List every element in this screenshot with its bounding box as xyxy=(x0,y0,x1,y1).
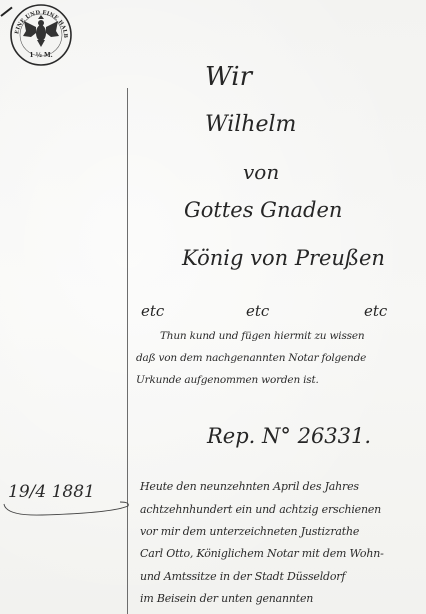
deed-line: achtzehnhundert ein und achtzig erschien… xyxy=(140,503,381,516)
repertory-number: Rep. N° 26331. xyxy=(207,424,371,448)
heading-wilhelm: Wilhelm xyxy=(205,112,296,137)
proclamation-line: daß von dem nachgenannten Notar folgende xyxy=(136,352,366,364)
deed-line: Carl Otto, Königlichem Notar mit dem Woh… xyxy=(140,547,384,560)
document-page: EINE UND EINE HALBE MARK 1 ½ M. Wir Wilh… xyxy=(0,0,426,614)
svg-text:1 ½ M.: 1 ½ M. xyxy=(29,52,52,59)
deed-line: vor mir dem unterzeichneten Justizrathe xyxy=(140,525,359,538)
heading-von: von xyxy=(243,160,279,184)
etc-1: etc xyxy=(141,302,164,320)
margin-date-note: 19/4 1881 xyxy=(8,482,95,502)
etc-2: etc xyxy=(246,302,269,320)
proclamation-line: Urkunde aufgenommen worden ist. xyxy=(136,374,319,386)
heading-wir: Wir xyxy=(205,62,252,92)
deed-line: und Amtssitze in der Stadt Düsseldorf xyxy=(140,570,345,583)
date-underline-swash xyxy=(2,500,130,518)
etc-3: etc xyxy=(364,302,387,320)
proclamation-line: Thun kund und fügen hiermit zu wissen xyxy=(160,330,364,342)
margin-rule xyxy=(127,88,128,614)
heading-gottes-gnaden: Gottes Gnaden xyxy=(184,198,342,222)
deed-line: Heute den neunzehnten April des Jahres xyxy=(140,480,359,493)
heading-koenig-von-preussen: König von Preußen xyxy=(182,246,385,270)
deed-line: im Beisein der unten genannten xyxy=(140,592,313,605)
tax-stamp-seal-icon: EINE UND EINE HALBE MARK 1 ½ M. xyxy=(9,3,73,67)
